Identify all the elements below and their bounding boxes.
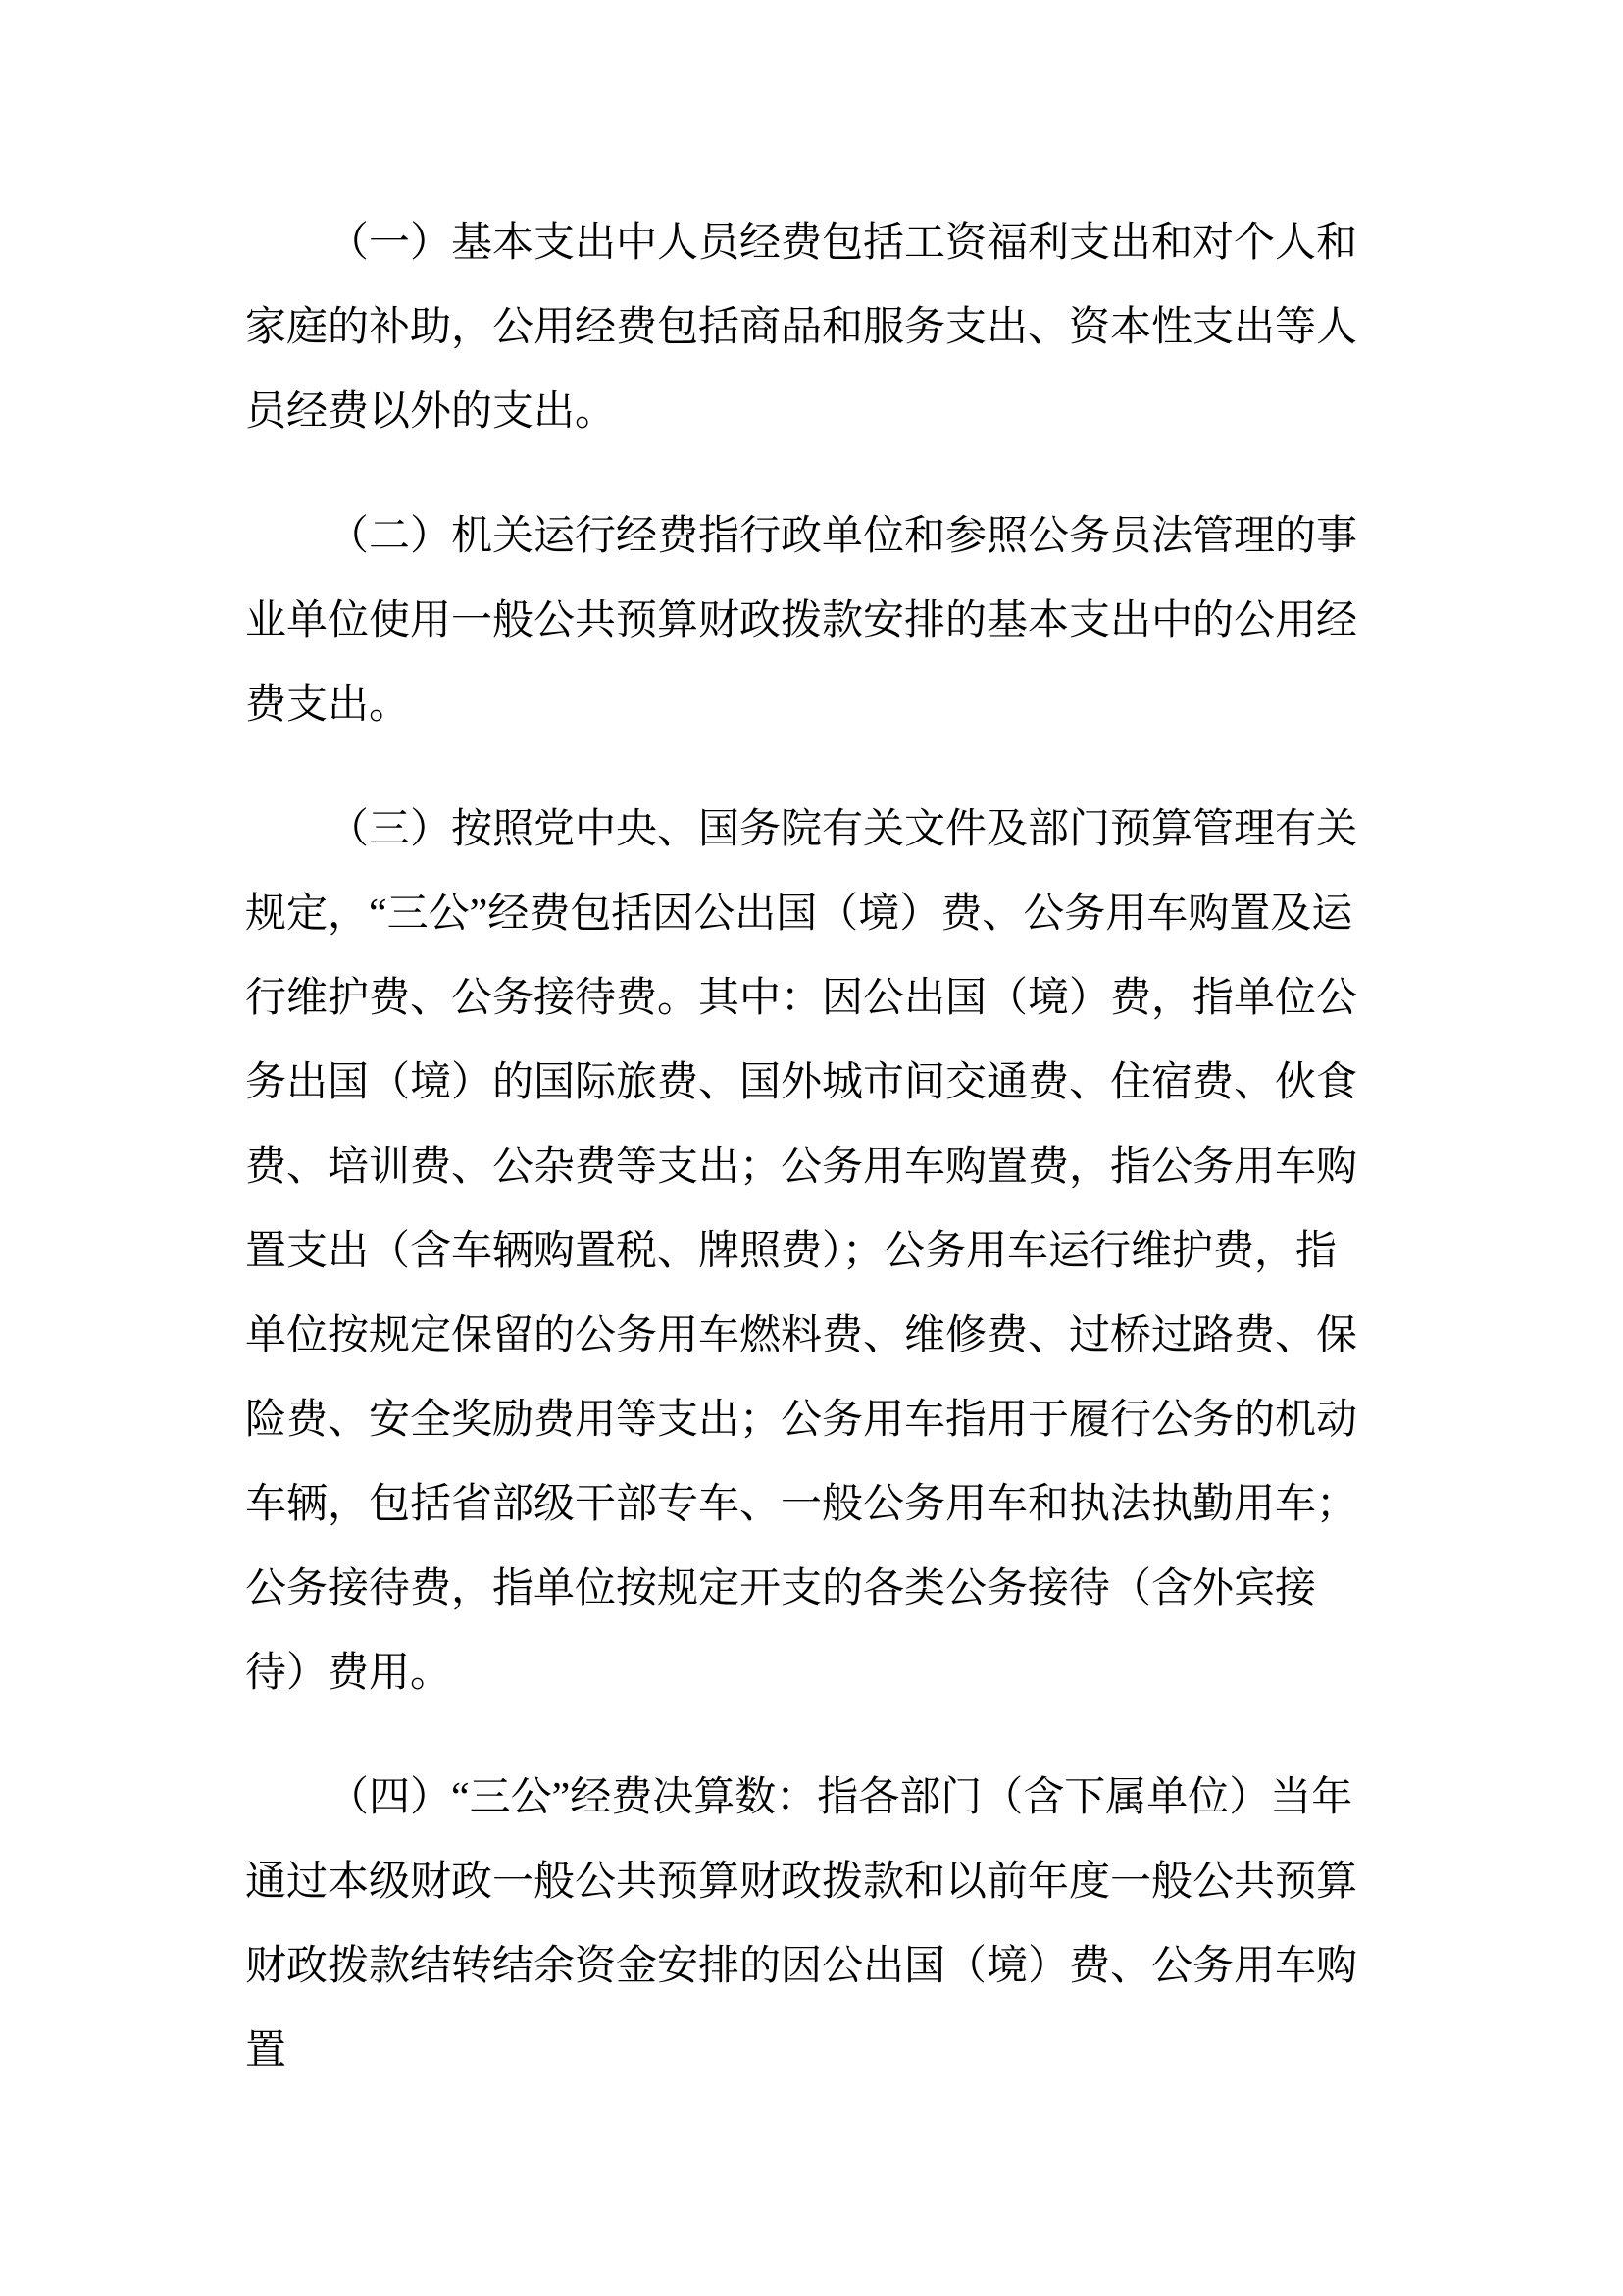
- paragraph-2: （二）机关运行经费指行政单位和参照公务员法管理的事业单位使用一般公共预算财政拨款…: [245, 494, 1363, 747]
- paragraph-4: （四）“三公”经费决算数：指各部门（含下属单位）当年通过本级财政一般公共预算财政…: [245, 1756, 1363, 2093]
- document-page: （一）基本支出中人员经费包括工资福利支出和对个人和家庭的补助，公用经费包括商品和…: [0, 0, 1623, 2296]
- text-block: （一）基本支出中人员经费包括工资福利支出和对个人和家庭的补助，公用经费包括商品和…: [245, 201, 1363, 2133]
- paragraph-3: （三）按照党中央、国务院有关文件及部门预算管理有关规定，“三公”经费包括因公出国…: [245, 788, 1363, 1715]
- paragraph-1: （一）基本支出中人员经费包括工资福利支出和对个人和家庭的补助，公用经费包括商品和…: [245, 201, 1363, 454]
